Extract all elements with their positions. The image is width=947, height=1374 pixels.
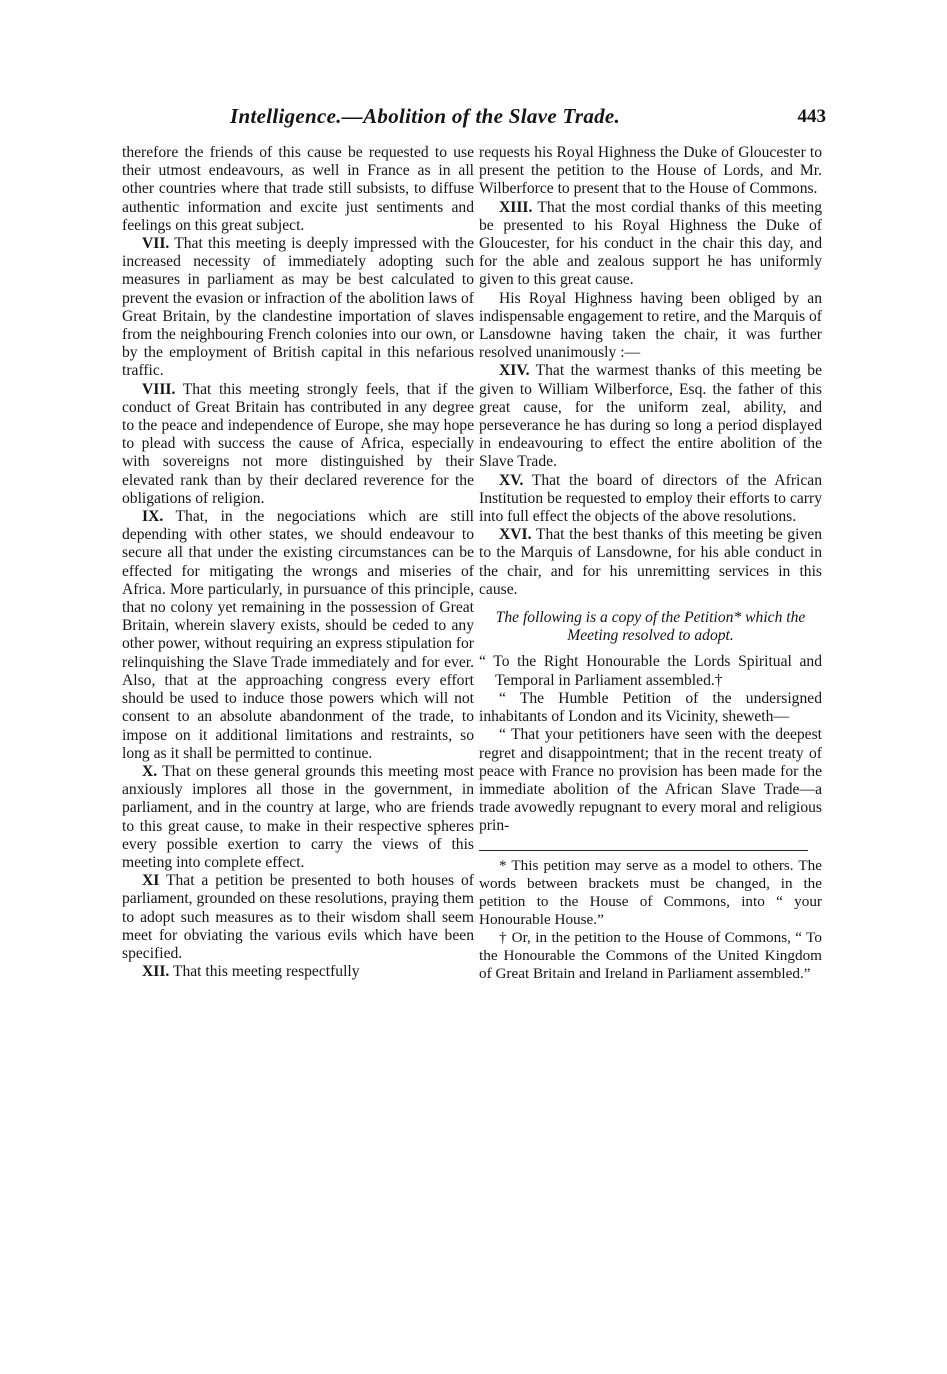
running-title: Intelligence.—Abolition of the Slave Tra… [230, 104, 620, 129]
resolution-text: That the board of directors of the Afric… [479, 472, 822, 525]
right-column: requests his Royal Highness the Duke of … [479, 144, 822, 983]
resolution-text: That this meeting strongly feels, that i… [122, 381, 474, 507]
petition-body: “ That your petitioners have seen with t… [479, 726, 822, 835]
resolution-text: That a petition be presented to both hou… [122, 872, 474, 962]
footnote-divider [479, 850, 808, 851]
page-number: 443 [798, 106, 827, 128]
resolution-number: XV. [499, 472, 523, 489]
resolution-x: X. That on these general grounds this me… [122, 763, 474, 872]
petition-address: “ To the Right Honourable the Lords Spir… [479, 653, 822, 689]
running-header: Intelligence.—Abolition of the Slave Tra… [120, 104, 826, 134]
resolution-xv: XV. That the board of directors of the A… [479, 472, 822, 527]
petition-intro: The following is a copy of the Petition*… [479, 609, 822, 645]
resolution-xii-continued: requests his Royal Highness the Duke of … [479, 144, 822, 199]
resolution-text: That, in the negociations which are stil… [122, 508, 474, 762]
resolution-number: VII. [142, 235, 169, 252]
footnote-dagger: † Or, in the petition to the House of Co… [479, 929, 822, 983]
footnote-star: * This petition may serve as a model to … [479, 857, 822, 929]
resolution-xi: XI That a petition be presented to both … [122, 872, 474, 963]
resolution-xvi: XVI. That the best thanks of this meetin… [479, 526, 822, 599]
left-column: therefore the friends of this cause be r… [122, 144, 474, 981]
resolution-number: XII. [142, 963, 169, 980]
resolution-ix: IX. That, in the negociations which are … [122, 508, 474, 763]
resolution-number: XVI. [499, 526, 532, 543]
resolution-vii: VII. That this meeting is deeply impress… [122, 235, 474, 381]
resolution-number: IX. [142, 508, 163, 525]
resolution-number: XIII. [499, 199, 532, 216]
royal-highness-paragraph: His Royal Highness having been obliged b… [479, 290, 822, 363]
resolution-number: X. [142, 763, 157, 780]
resolution-xii: XII. That this meeting respectfully [122, 963, 474, 981]
resolution-number: VIII. [142, 381, 175, 398]
resolution-number: XIV. [499, 362, 529, 379]
resolution-text: That the warmest thanks of this meeting … [479, 362, 822, 470]
resolution-xiv: XIV. That the warmest thanks of this mee… [479, 362, 822, 471]
paragraph-continued: therefore the friends of this cause be r… [122, 144, 474, 235]
resolution-text: That this meeting is deeply impressed wi… [122, 235, 474, 379]
resolution-viii: VIII. That this meeting strongly feels, … [122, 381, 474, 508]
document-page: Intelligence.—Abolition of the Slave Tra… [0, 0, 947, 1374]
resolution-text: That on these general grounds this meeti… [122, 763, 474, 871]
petition-humble: “ The Humble Petition of the undersigned… [479, 690, 822, 726]
resolution-text: That this meeting respectfully [173, 963, 360, 980]
resolution-xiii: XIII. That the most cordial thanks of th… [479, 199, 822, 290]
resolution-number: XI [142, 872, 159, 889]
